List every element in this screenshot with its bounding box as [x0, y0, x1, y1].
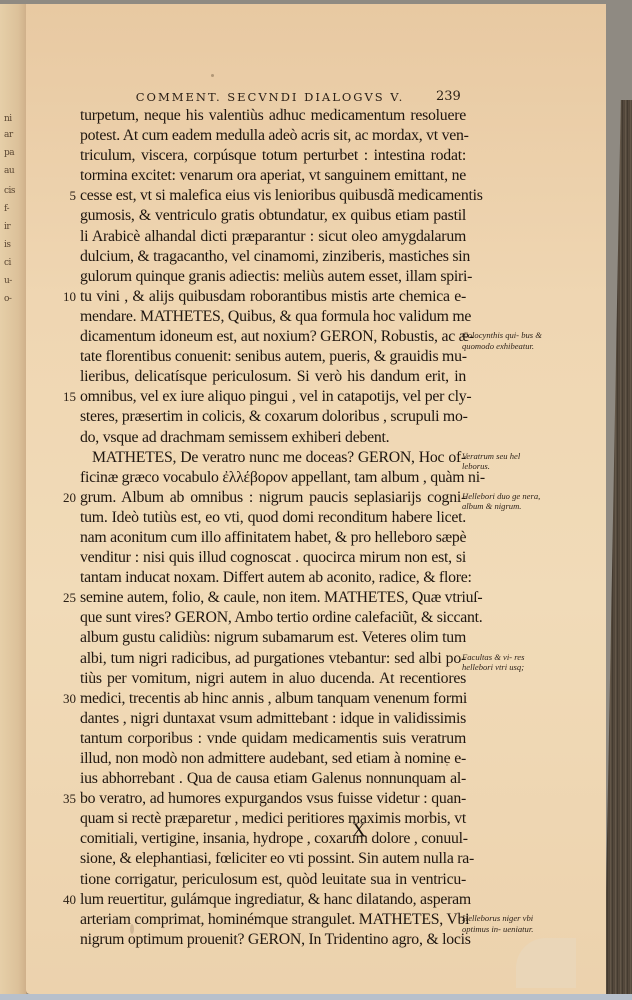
text-line: potest. At cum eadem medulla adeò acris … — [80, 126, 466, 146]
line-number: 10 — [50, 289, 76, 305]
text-line: sione, & elephantiasi, fœliciter eo vti … — [80, 849, 466, 869]
margin-note: Helleborus niger vbi optimus in- ueniatu… — [462, 913, 542, 934]
line-number: 40 — [50, 892, 76, 908]
text-line: arteriam comprimat, hominémque strangule… — [80, 910, 466, 930]
book-page-edges — [604, 100, 632, 1000]
text-line: comitiali, vertigine, insania, hydrope ,… — [80, 829, 466, 849]
previous-page-fragment: f- — [4, 202, 22, 218]
text-line: tiùs per vomitum, nigri autem in aluo du… — [80, 669, 466, 689]
running-head: COMMENT. SECVNDI DIALOGVS V. — [120, 90, 420, 104]
previous-page-fragment: u- — [4, 274, 22, 290]
text-line: que sunt vires? GERON, Ambo tertio ordin… — [80, 608, 466, 628]
scan-background-strip — [0, 994, 632, 1000]
text-line: lieribus, delicatísque periculosum. Si v… — [80, 367, 466, 387]
page-corner-curl — [516, 938, 576, 988]
text-line: quam si rectè præparetur , medici periti… — [80, 809, 466, 829]
text-line: turpetum, neque his valentiùs adhuc medi… — [80, 106, 466, 126]
previous-page-fragment: ci — [4, 256, 22, 272]
previous-page-fragment: ar — [4, 128, 22, 144]
previous-page-fragment: au — [4, 164, 22, 180]
text-line: nigrum optimum prouenit? GERON, In Tride… — [80, 930, 466, 950]
text-line: tormina excitet: venarum ora aperiat, vt… — [80, 166, 466, 186]
line-number: 20 — [50, 490, 76, 506]
margin-note: Colocynthis qui- bus & quomodo exhibeatu… — [462, 330, 542, 351]
text-line: album gustu calidiùs: nigrum subamarum e… — [80, 628, 466, 648]
text-line: do, vsque ad drachmam semissem exhiberi … — [80, 428, 466, 448]
scanned-book-spread: ni ar pa au cis f- ir is ci u- o- COMMEN… — [0, 0, 632, 1000]
text-line: venditur : nisi quis illud cognoscat . q… — [80, 548, 466, 568]
text-line: dicamentum idoneum est, aut noxium? GERO… — [80, 327, 466, 347]
text-line: gumosis, & ventriculo gratis obtundatur,… — [80, 206, 466, 226]
text-line: illud, non modò non admittere audebant, … — [80, 749, 466, 769]
previous-page-fragment: cis — [4, 184, 22, 200]
text-line: dulcium, & tragacantho, vel cinamomi, zi… — [80, 247, 466, 267]
text-line: ius abhorrebant . Qua de causa etiam Gal… — [80, 769, 466, 789]
text-line: tantum corporibus : vnde quidam medicame… — [80, 729, 466, 749]
text-line: ficinæ græco vocabulo ἐλλέβορον appellan… — [80, 468, 466, 488]
text-line: bo veratro, ad humores expurgandos vsus … — [80, 789, 466, 809]
previous-page-fragment: is — [4, 238, 22, 254]
text-line: medici, trecentis ab hinc annis , album … — [80, 689, 466, 709]
previous-page-fragment: ni — [4, 112, 22, 128]
margin-note: Facultas & vi- res hellebori vtri usq; — [462, 652, 542, 673]
text-line: gulorum quinque granis adiectis: meliùs … — [80, 267, 466, 287]
text-line: nam aconitum cum illo affinitatem habet,… — [80, 528, 466, 548]
text-line: tantam inducat noxam. Differt autem ab a… — [80, 568, 466, 588]
line-number: 25 — [50, 590, 76, 606]
line-number: 15 — [50, 389, 76, 405]
text-line: tione corrigatur, periculosum est, quòd … — [80, 870, 466, 890]
text-line: tum. Ideò tutiùs est, eo vti, quod domi … — [80, 508, 466, 528]
text-line: grum. Album ab omnibus : nigrum paucis s… — [80, 488, 466, 508]
previous-page-fragment: pa — [4, 146, 22, 162]
text-line: li Arabicè alhandal dicti præparantur : … — [80, 227, 466, 247]
line-number: 35 — [50, 791, 76, 807]
text-line: triculum, viscera, corpúsque totum pertu… — [80, 146, 466, 166]
text-line: omnibus, vel ex iure aliquo pingui , vel… — [80, 387, 466, 407]
page-number: 239 — [436, 89, 461, 104]
text-line: mendare. MATHETES, Quibus, & qua formula… — [80, 307, 466, 327]
margin-note: Veratrum seu hel leborus. — [462, 451, 542, 472]
line-number: 5 — [50, 188, 76, 204]
text-line: lum reuertitur, gulámque ingrediatur, & … — [80, 890, 466, 910]
text-line: tu vini , & alijs quibusdam roborantibus… — [80, 287, 466, 307]
margin-note: Hellebori duo ge nera, album & nigrum. — [462, 491, 542, 512]
text-line: steres, præsertim in colicis, & coxarum … — [80, 407, 466, 427]
previous-page-fragment: ir — [4, 220, 22, 236]
text-line: dantes , nigri duntaxat vsum admittebant… — [80, 709, 466, 729]
previous-page-fragment: o- — [4, 292, 22, 308]
text-line: albi, tum nigri radicibus, ad purgatione… — [80, 649, 466, 669]
previous-page-edge: ni ar pa au cis f- ir is ci u- o- — [0, 4, 27, 994]
text-line: tate florentibus conuenit: senibus autem… — [80, 347, 466, 367]
text-line: cesse est, vt si malefica eius vis lenio… — [80, 186, 466, 206]
text-line: MATHETES, De veratro nunc me doceas? GER… — [80, 448, 466, 468]
line-number: 30 — [50, 691, 76, 707]
text-line: semine autem, folio, & caule, non item. … — [80, 588, 466, 608]
paper-speck — [211, 74, 214, 77]
body-text: turpetum, neque his valentiùs adhuc medi… — [80, 106, 466, 950]
catchword: X — [352, 820, 366, 842]
